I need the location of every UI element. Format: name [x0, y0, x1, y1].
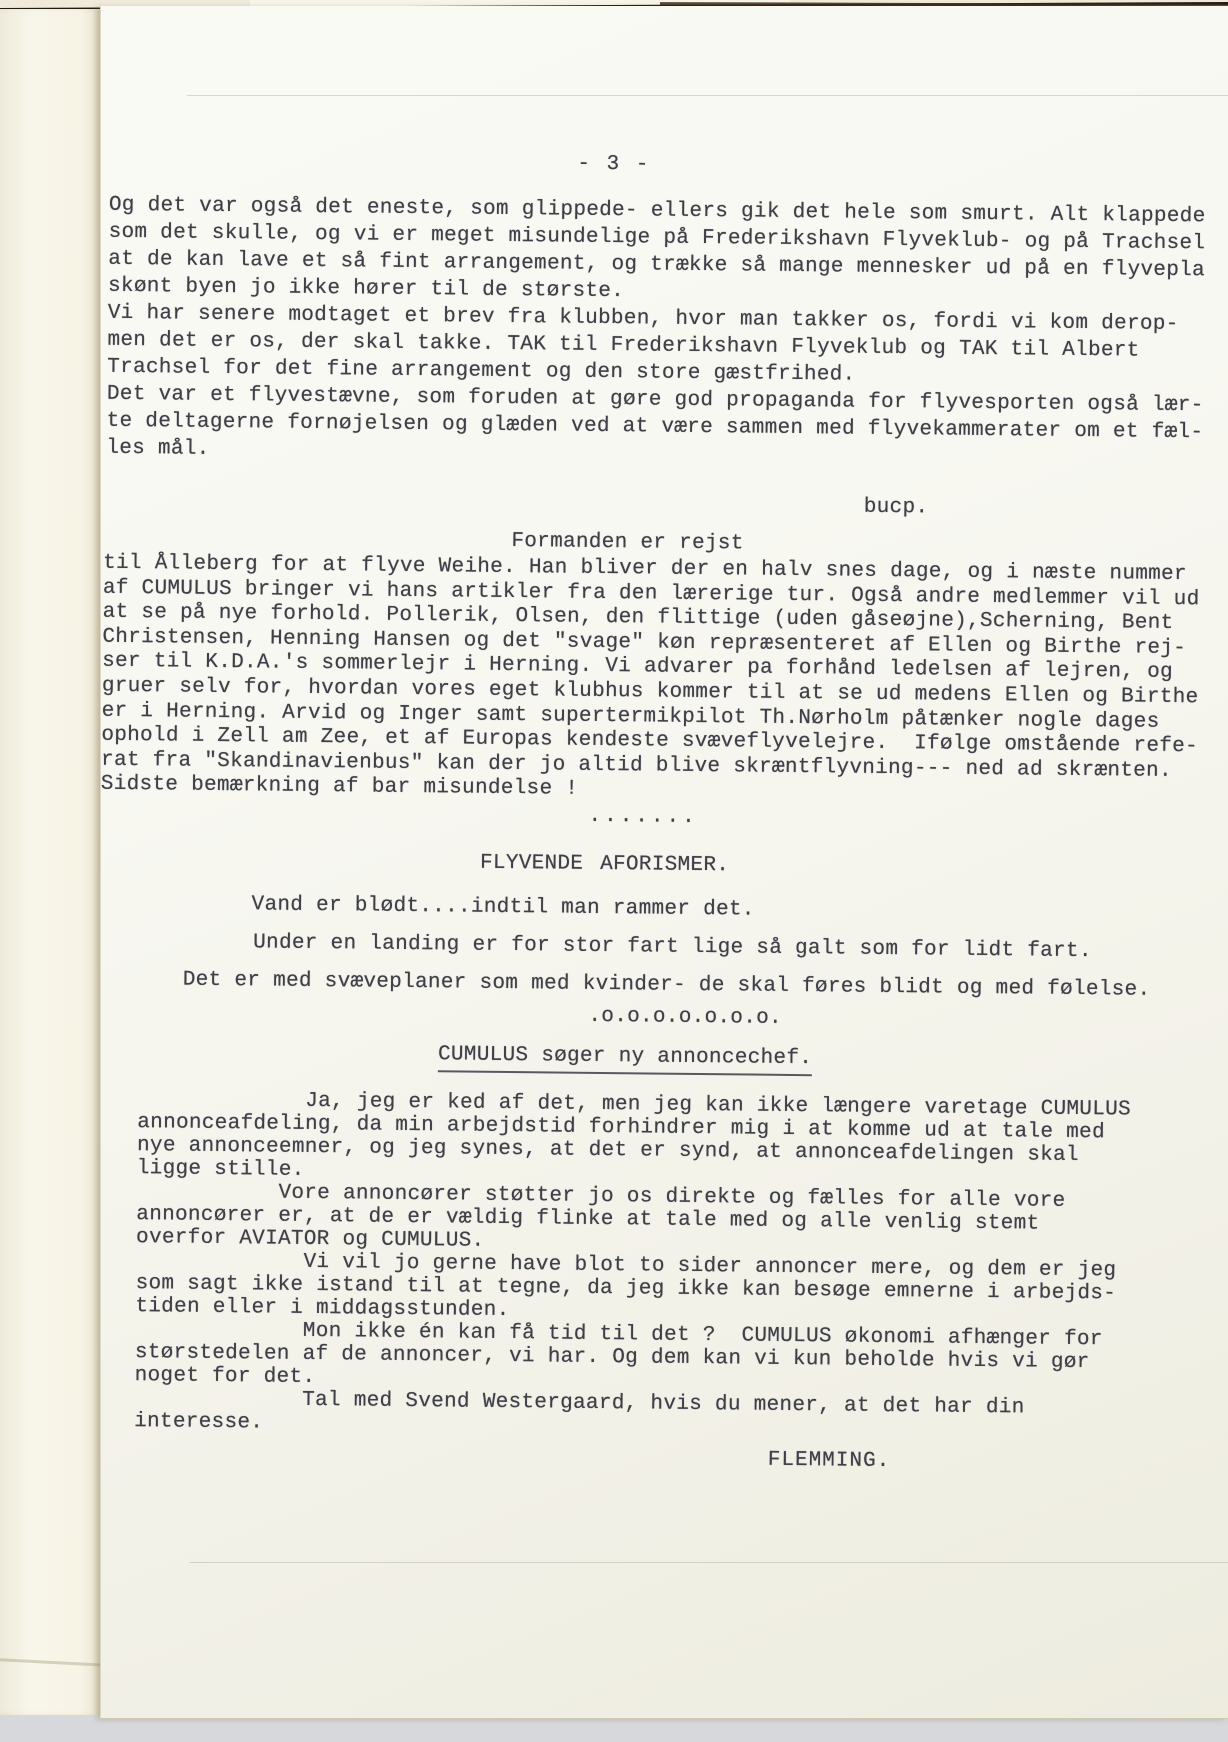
typewritten-content: - 3 - Og det var også det eneste, som gl… — [100, 6, 1228, 1719]
signature-bucp: bucp. — [864, 496, 929, 520]
paragraph-flyvestaevne-recap: Og det var også det eneste, som glippede… — [106, 192, 1205, 473]
separator-dots: ....... — [588, 805, 697, 829]
heading-flyvende-aforismer: FLYVENDE AFORISMER. — [480, 852, 729, 878]
document-page: - 3 - Og det var også det eneste, som gl… — [100, 6, 1228, 1719]
aphorism-gliders: Det er med svæveplaner som med kvinder- … — [183, 969, 1151, 1002]
separator-o-dots: .o.o.o.o.o.o.o. — [588, 1005, 782, 1030]
scanned-newsletter-page: - 3 - Og det var også det eneste, som gl… — [0, 0, 1228, 1742]
aphorism-water: Vand er blødt....indtil man rammer det. — [251, 893, 754, 921]
underlying-page-edge — [0, 9, 104, 1715]
paragraph-formanden-rejst: til Ålleberg for at flyve Weihe. Han bli… — [101, 552, 1200, 809]
heading-cumulus-annoncechef: CUMULUS søger ny annoncechef. — [438, 1043, 812, 1076]
page-crease — [0, 1658, 108, 1667]
paragraph-annoncechef-appeal: Ja, jeg er ked af det, men jeg kan ikke … — [134, 1088, 1131, 1443]
aphorism-landing: Under en landing er for stor fart lige s… — [253, 931, 1092, 963]
heading-formanden-er-rejst: Formanden er rejst — [511, 530, 743, 555]
signature-flemming: FLEMMING. — [768, 1449, 891, 1473]
page-number: - 3 - — [577, 153, 650, 177]
